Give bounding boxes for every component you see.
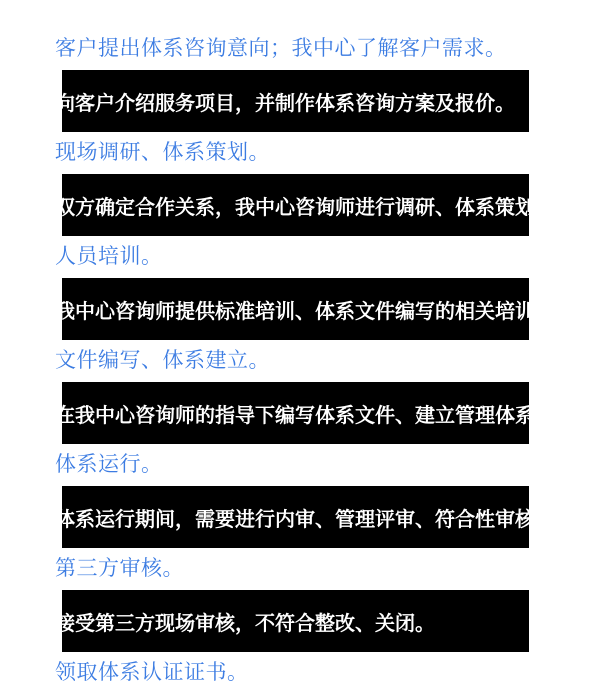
step-detail-text-5: 体系运行期间，需要进行内审、管理评审、符合性审核 xyxy=(62,503,529,532)
process-step-3: 人员培训。 我中心咨询师提供标准培训、体系文件编写的相关培训 xyxy=(0,244,600,340)
process-step-4: 文件编写、体系建立。 在我中心咨询师的指导下编写体系文件、建立管理体系 xyxy=(0,348,600,444)
step-heading-6: 第三方审核。 xyxy=(55,556,600,582)
process-step-7: 领取体系认证证书。 xyxy=(0,660,600,686)
process-document: 客户提出体系咨询意向；我中心了解客户需求。 向客户介绍服务项目，并制作体系咨询方… xyxy=(0,0,600,696)
step-detail-text-3: 我中心咨询师提供标准培训、体系文件编写的相关培训 xyxy=(62,295,529,324)
step-detail-bar-5: 体系运行期间，需要进行内审、管理评审、符合性审核 xyxy=(62,486,529,548)
step-detail-bar-2: 双方确定合作关系，我中心咨询师进行调研、体系策划 xyxy=(62,174,529,236)
step-detail-bar-3: 我中心咨询师提供标准培训、体系文件编写的相关培训 xyxy=(62,278,529,340)
step-detail-text-2: 双方确定合作关系，我中心咨询师进行调研、体系策划 xyxy=(62,191,529,220)
step-heading-3: 人员培训。 xyxy=(55,244,600,270)
step-detail-text-6: 接受第三方现场审核，不符合整改、关闭。 xyxy=(62,607,435,636)
step-detail-bar-1: 向客户介绍服务项目，并制作体系咨询方案及报价。 xyxy=(62,70,529,132)
step-detail-text-4: 在我中心咨询师的指导下编写体系文件、建立管理体系 xyxy=(62,399,529,428)
step-detail-text-1: 向客户介绍服务项目，并制作体系咨询方案及报价。 xyxy=(62,87,515,116)
step-detail-bar-4: 在我中心咨询师的指导下编写体系文件、建立管理体系 xyxy=(62,382,529,444)
step-detail-bar-6: 接受第三方现场审核，不符合整改、关闭。 xyxy=(62,590,529,652)
step-heading-5: 体系运行。 xyxy=(55,452,600,478)
process-step-1: 客户提出体系咨询意向；我中心了解客户需求。 向客户介绍服务项目，并制作体系咨询方… xyxy=(0,36,600,132)
process-step-2: 现场调研、体系策划。 双方确定合作关系，我中心咨询师进行调研、体系策划 xyxy=(0,140,600,236)
step-heading-1: 客户提出体系咨询意向；我中心了解客户需求。 xyxy=(55,36,600,62)
process-step-6: 第三方审核。 接受第三方现场审核，不符合整改、关闭。 xyxy=(0,556,600,652)
step-heading-4: 文件编写、体系建立。 xyxy=(55,348,600,374)
process-step-5: 体系运行。 体系运行期间，需要进行内审、管理评审、符合性审核 xyxy=(0,452,600,548)
step-heading-7: 领取体系认证证书。 xyxy=(55,660,600,686)
step-heading-2: 现场调研、体系策划。 xyxy=(55,140,600,166)
